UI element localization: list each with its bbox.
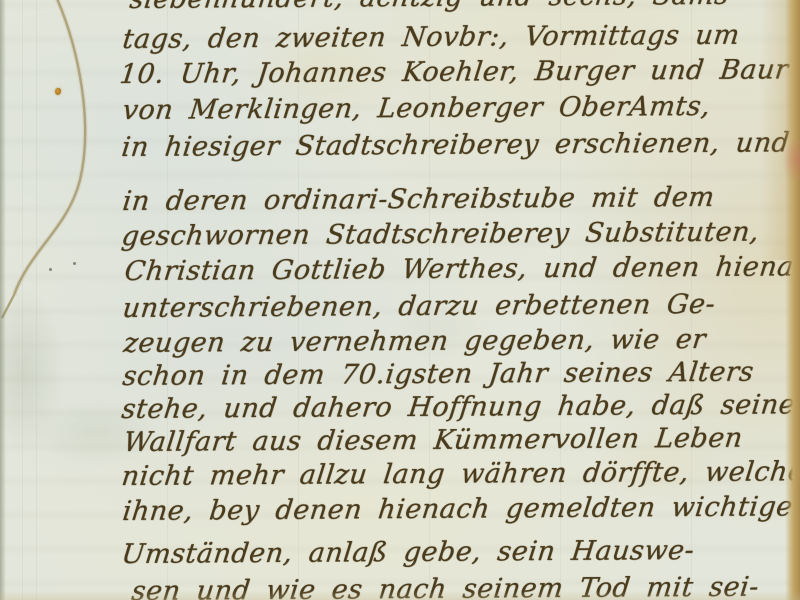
red-pigment-smudge <box>782 138 800 182</box>
manuscript-line: 10. Uhr, Johannes Koehler, Burger und Ba… <box>118 54 790 90</box>
manuscript-line: nicht mehr allzu lang währen dörffte, we… <box>120 456 800 492</box>
manuscript-line: schon in dem 70.igsten Jahr seines Alter… <box>121 357 756 392</box>
manuscript-line: ihne, bey denen hienach gemeldten wichti… <box>121 491 800 527</box>
yellowed-bottom-edge <box>0 590 800 600</box>
manuscript-line: von Merklingen, Leonberger OberAmts, <box>121 91 712 126</box>
manuscript-line: tags, den zweiten Novbr:, Vormittags um <box>121 20 741 55</box>
manuscript-line: Christian Gottlieb Werthes, und denen hi… <box>123 251 800 287</box>
manuscript-page: siebenhundert, achtzig und sechs, Sams-t… <box>0 0 800 600</box>
manuscript-line: geschwornen Stadtschreiberey Substituten… <box>120 217 761 252</box>
manuscript-line: Wallfart aus diesem Kümmervollen Leben <box>122 423 744 458</box>
page-left-edge-shadow <box>0 0 6 600</box>
manuscript-line: stehe, und dahero Hoffnung habe, daß sei… <box>120 389 797 425</box>
manuscript-line: unterschriebenen, darzu erbettenen Ge- <box>121 289 717 324</box>
manuscript-line: zeugen zu vernehmen gegeben, wie er <box>122 324 708 359</box>
browned-right-edge <box>785 0 800 600</box>
handwritten-text-block: siebenhundert, achtzig und sechs, Sams-t… <box>0 0 800 600</box>
manuscript-line: Umständen, anlaß gebe, sein Hauswe- <box>120 535 696 570</box>
manuscript-line: siebenhundert, achtzig und sechs, Sams- <box>128 0 740 15</box>
manuscript-line: in deren ordinari-Schreibstube mit dem <box>121 182 716 217</box>
manuscript-line: in hiesiger Stadtschreiberey erschienen,… <box>120 127 791 163</box>
